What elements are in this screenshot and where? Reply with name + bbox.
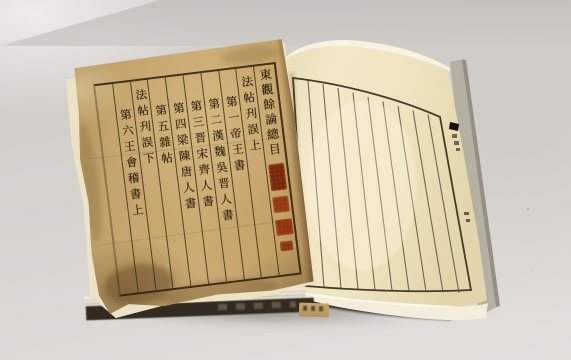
collector-seal-1 (268, 163, 287, 192)
museum-photo-open-book: 東觀餘論總目 法帖刋誤上 第一帝王書 第二漢魏吳晋人書 第三晋宋齊人書 (0, 0, 571, 360)
collector-seal-2 (272, 195, 290, 213)
spine-foot-label (299, 302, 329, 317)
page-highlight (307, 100, 417, 270)
printed-frame: 東觀餘論總目 法帖刋誤上 第一帝王書 第二漢魏吳晋人書 第三晋宋齊人書 (93, 62, 302, 297)
collector-seal-4 (279, 240, 293, 252)
left-page: 東觀餘論總目 法帖刋誤上 第一帝王書 第二漢魏吳晋人書 第三晋宋齊人書 (68, 39, 315, 316)
collector-seal-3 (274, 218, 293, 236)
